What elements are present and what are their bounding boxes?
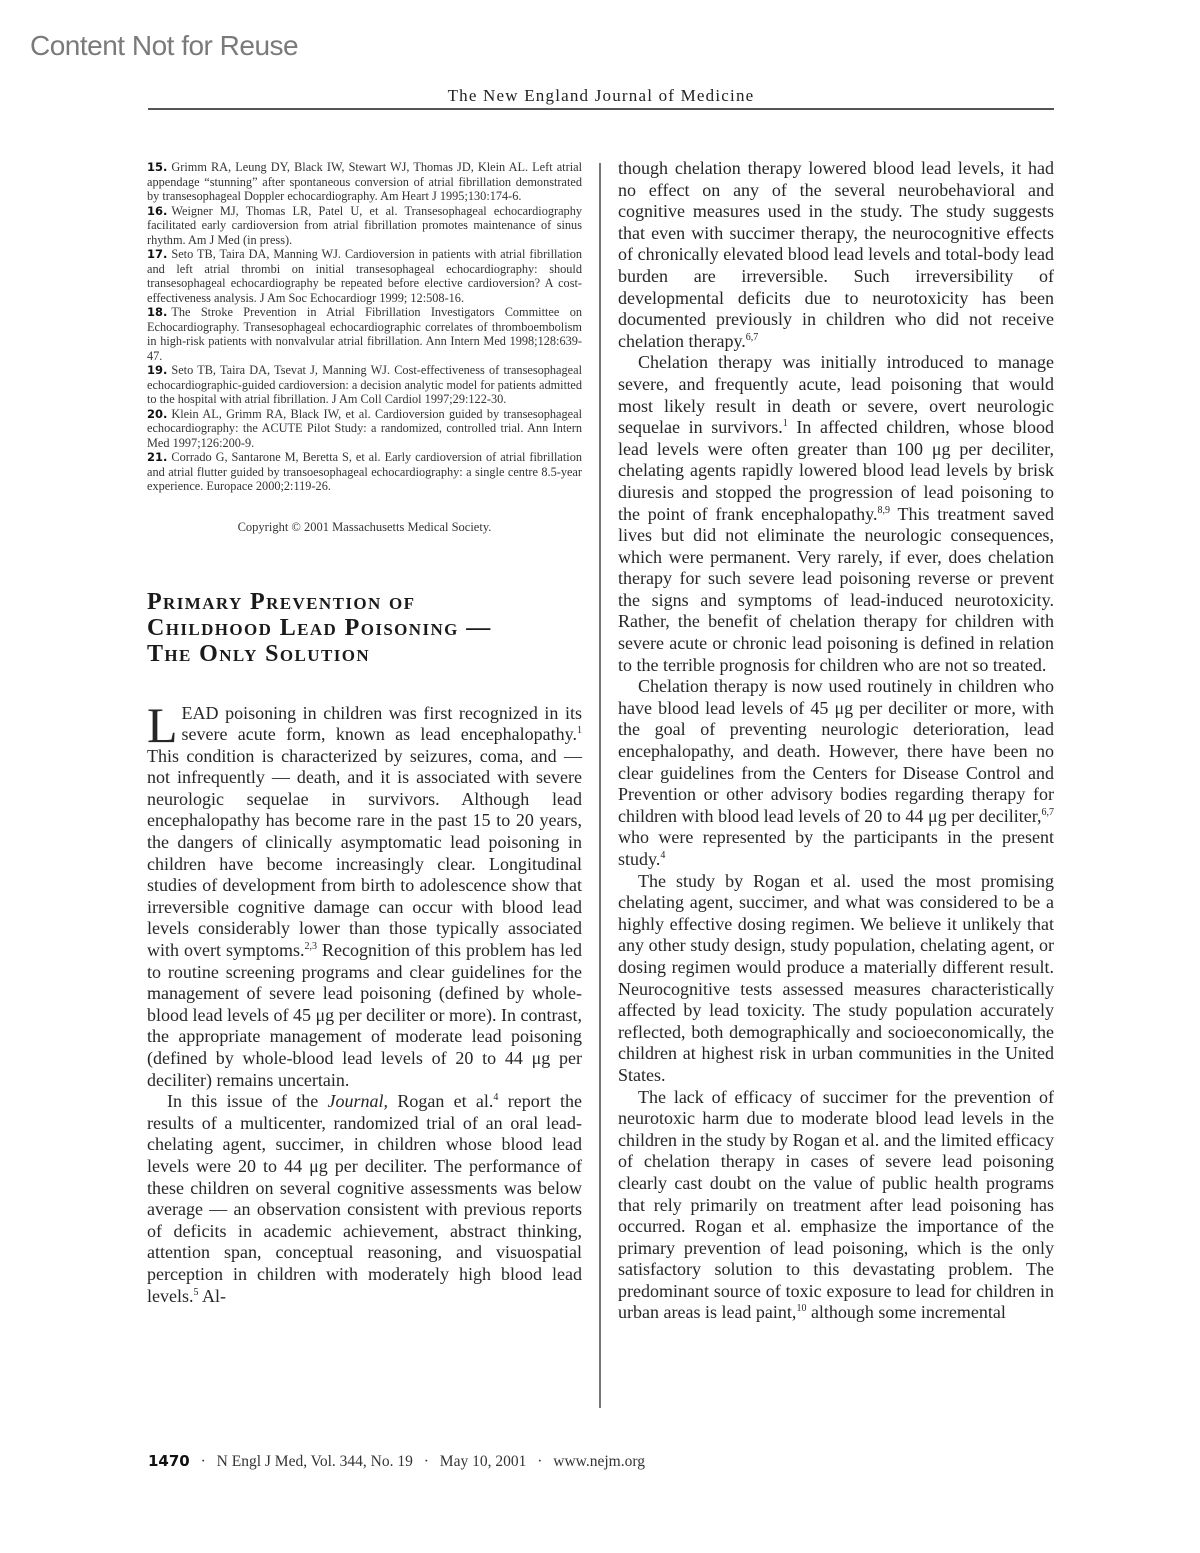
separator-dot: · [424,1453,429,1470]
text-run: report the results of a multicenter, ran… [147,1091,582,1305]
reference-text: Klein AL, Grimm RA, Black IW, et al. Car… [147,407,582,450]
page-footer: 1470 · N Engl J Med, Vol. 344, No. 19 · … [148,1452,645,1471]
citation-superscript: 6,7 [746,332,759,343]
reference-item: 17.Seto TB, Taira DA, Manning WJ. Cardio… [147,247,582,305]
reference-item: 18.The Stroke Prevention in Atrial Fibri… [147,305,582,363]
title-line: Primary Prevention of [147,589,415,615]
reference-number: 15. [147,160,167,174]
column-divider [599,163,601,1408]
reference-text: Weigner MJ, Thomas LR, Patel U, et al. T… [147,204,582,247]
reference-item: 16.Weigner MJ, Thomas LR, Patel U, et al… [147,204,582,248]
reference-text: Corrado G, Santarone M, Beretta S, et al… [147,450,582,493]
text-run: This condition is characterized by seizu… [147,746,582,960]
reference-number: 18. [147,305,167,319]
reference-text: The Stroke Prevention in Atrial Fibrilla… [147,305,582,363]
body-paragraph: LEAD poisoning in children was first rec… [147,703,582,1092]
text-run: EAD poisoning in children was first reco… [182,703,582,745]
references-list: 15.Grimm RA, Leung DY, Black IW, Stewart… [147,160,582,494]
citation-superscript: 2,3 [305,941,318,952]
text-run: although some incremental [806,1302,1005,1322]
body-paragraph: Chelation therapy is now used routinely … [618,676,1054,870]
copyright-notice: Copyright © 2001 Massachusetts Medical S… [147,520,582,535]
reference-text: Seto TB, Taira DA, Manning WJ. Cardiover… [147,247,582,305]
reference-number: 16. [147,204,167,218]
text-run: Rogan et al. [388,1091,493,1111]
left-column: 15.Grimm RA, Leung DY, Black IW, Stewart… [147,160,582,1307]
body-paragraph: The lack of efficacy of succimer for the… [618,1087,1054,1325]
text-run: who were represented by the participants… [618,827,1054,869]
text-run: This treatment saved lives but did not e… [618,504,1054,675]
article-title: Primary Prevention of Childhood Lead Poi… [147,589,582,667]
reference-item: 15.Grimm RA, Leung DY, Black IW, Stewart… [147,160,582,204]
header-rule [148,108,1054,110]
reference-number: 21. [147,450,167,464]
text-run: Al- [199,1286,227,1306]
text-run: The lack of efficacy of succimer for the… [618,1087,1054,1323]
body-paragraph: The study by Rogan et al. used the most … [618,871,1054,1087]
body-paragraph-continued: though chelation therapy lowered blood l… [618,158,1054,352]
citation-superscript: 10 [796,1303,806,1314]
reference-text: Grimm RA, Leung DY, Black IW, Stewart WJ… [147,160,582,203]
text-run: though chelation therapy lowered blood l… [618,158,1054,351]
citation-superscript: 1 [577,725,582,736]
text-run: In this issue of the [167,1091,328,1111]
running-head-journal-title: The New England Journal of Medicine [148,86,1054,106]
reference-text: Seto TB, Taira DA, Tsevat J, Manning WJ.… [147,363,582,406]
journal-citation: N Engl J Med, Vol. 344, No. 19 [217,1453,413,1470]
issue-date: May 10, 2001 [440,1453,527,1470]
drop-cap: L [147,705,178,745]
separator-dot: · [537,1453,542,1470]
reference-number: 17. [147,247,167,261]
reference-item: 21.Corrado G, Santarone M, Beretta S, et… [147,450,582,494]
reference-number: 20. [147,407,167,421]
text-run: Chelation therapy is now used routinely … [618,676,1054,826]
citation-superscript: 8,9 [877,505,890,516]
reference-item: 19.Seto TB, Taira DA, Tsevat J, Manning … [147,363,582,407]
watermark: Content Not for Reuse [30,30,298,62]
reference-number: 19. [147,363,167,377]
title-line: Childhood Lead Poisoning — [147,615,492,641]
body-paragraph: Chelation therapy was initially introduc… [618,352,1054,676]
website-link[interactable]: www.nejm.org [553,1453,645,1470]
title-line: The Only Solution [147,641,370,667]
citation-superscript: 4 [660,850,665,861]
reference-item: 20.Klein AL, Grimm RA, Black IW, et al. … [147,407,582,451]
text-run: Recognition of this problem has led to r… [147,940,582,1090]
citation-superscript: 6,7 [1042,807,1055,818]
right-column: though chelation therapy lowered blood l… [618,158,1054,1324]
page-number: 1470 [148,1452,190,1470]
body-paragraph: In this issue of the Journal, Rogan et a… [147,1091,582,1307]
separator-dot: · [201,1453,206,1470]
journal-name: Journal, [328,1091,389,1111]
